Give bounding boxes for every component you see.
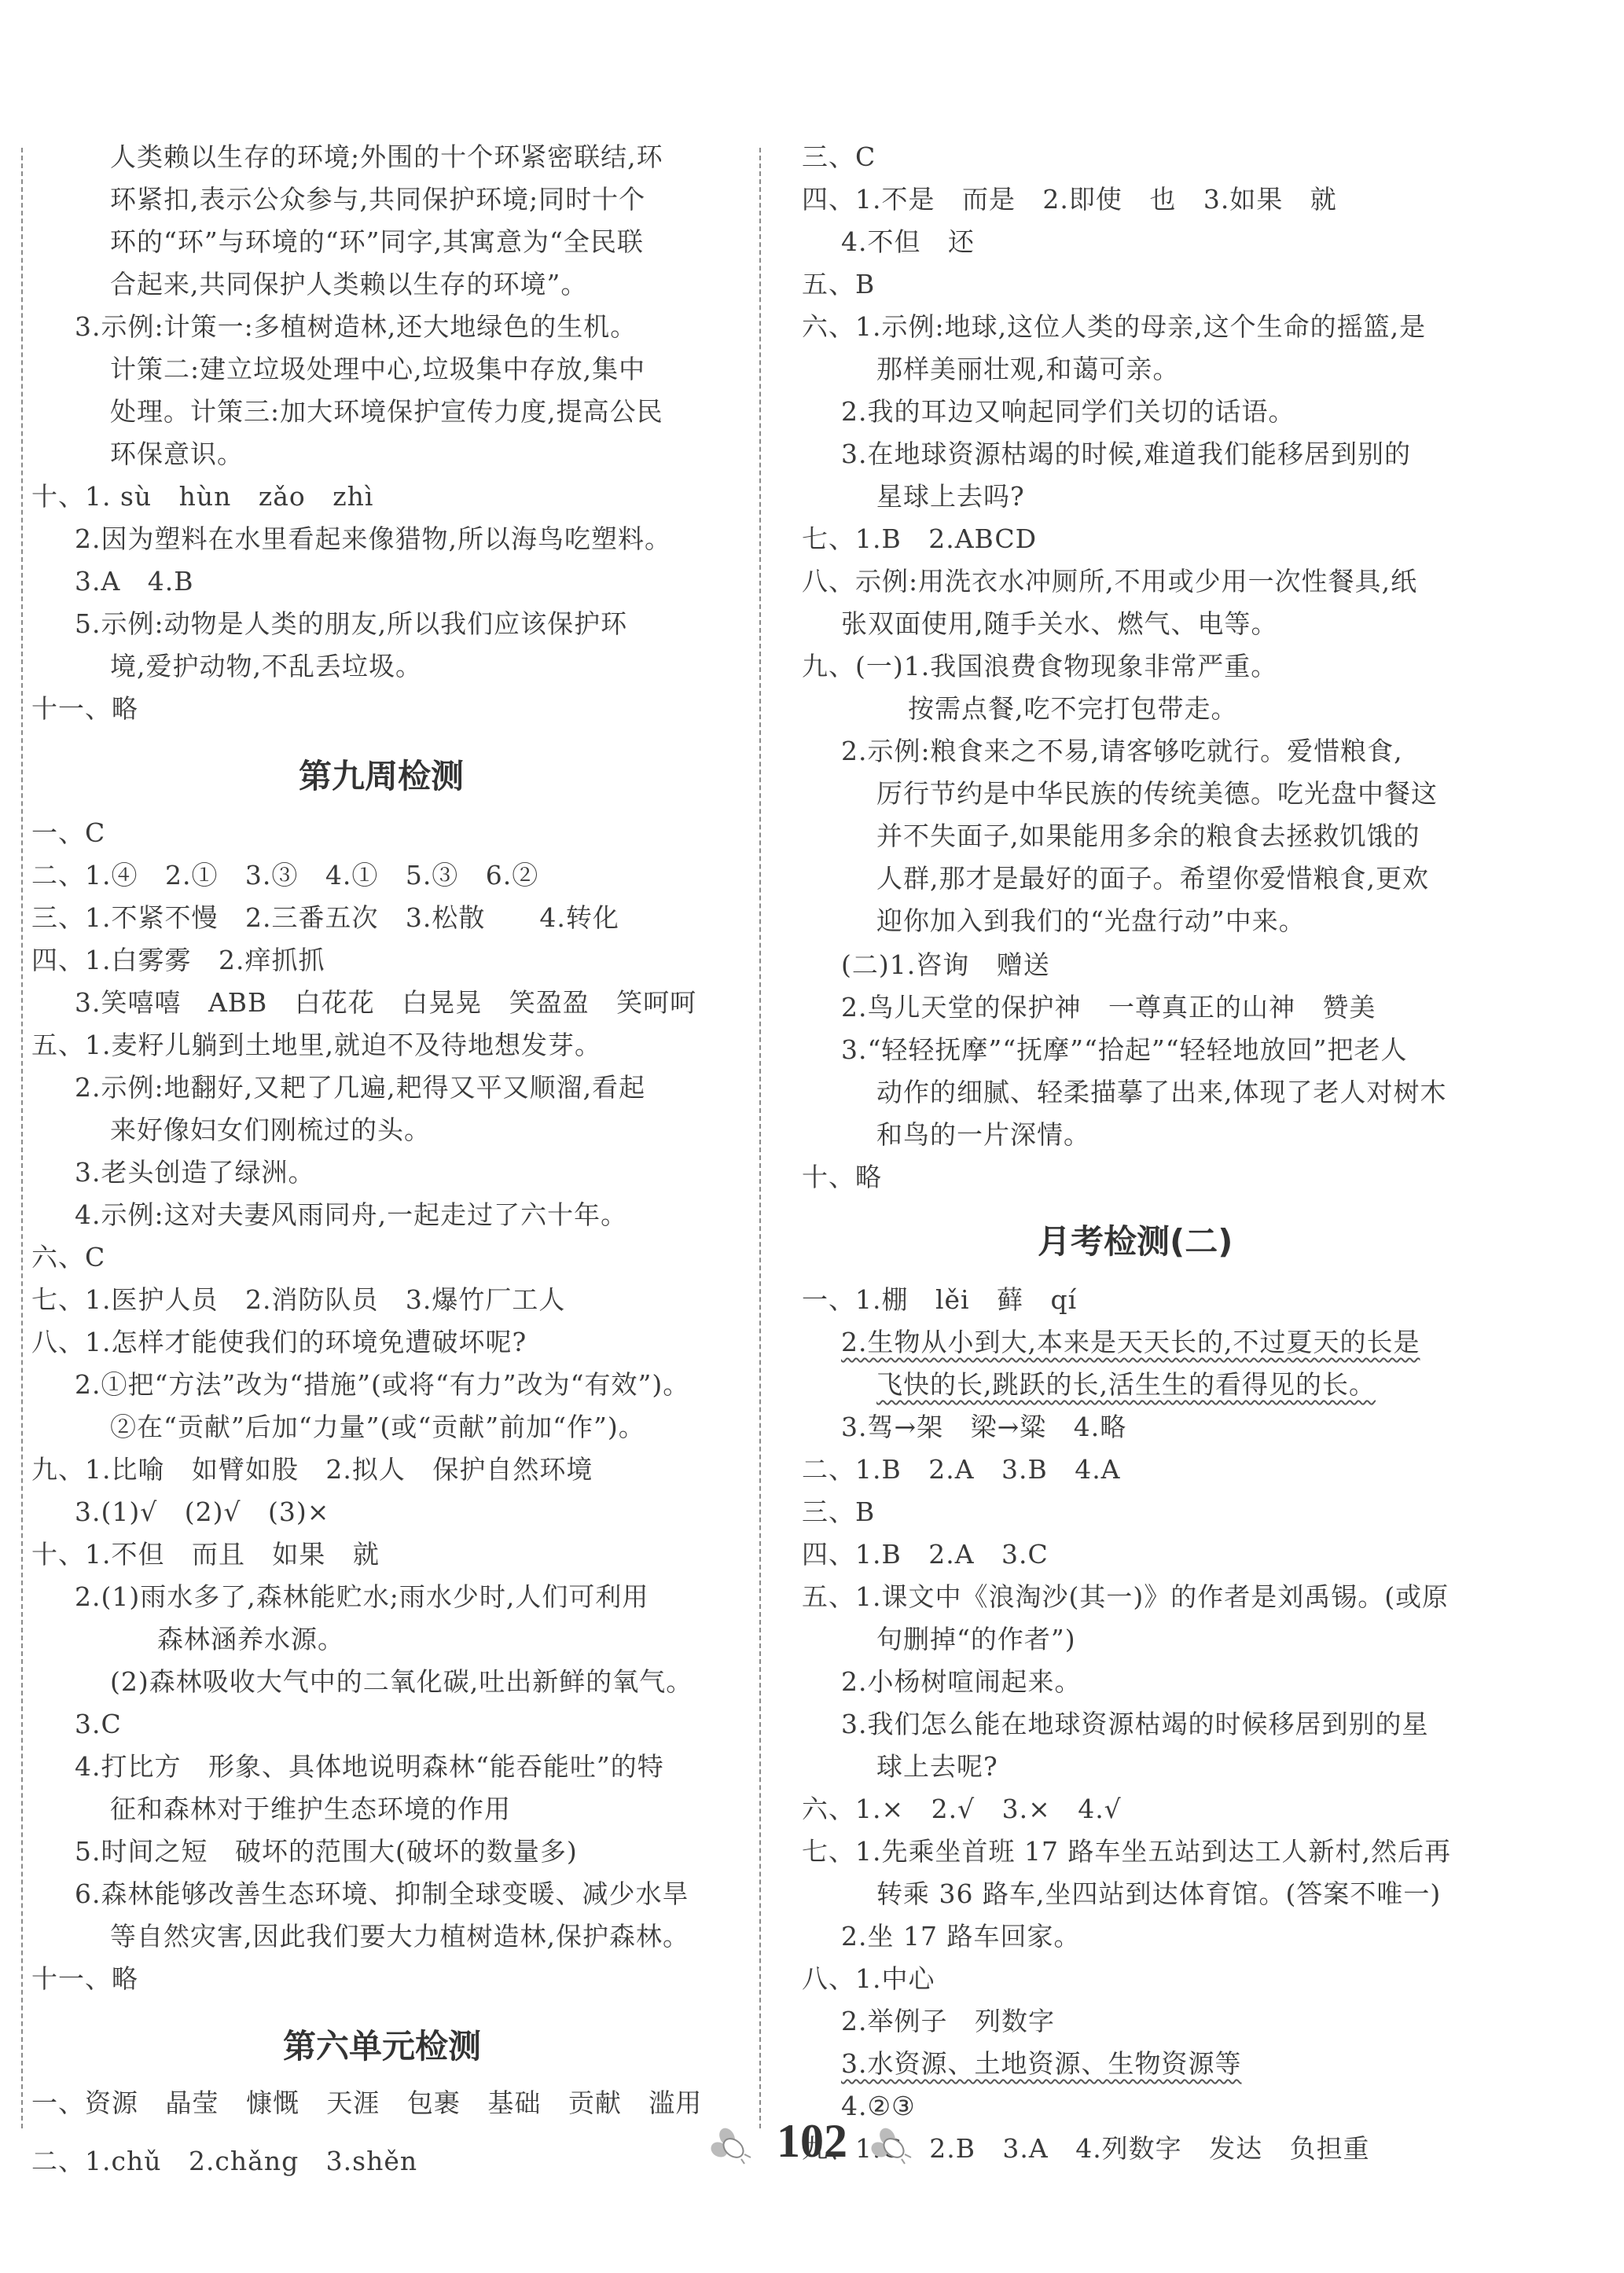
answer-line: (二)1.咨询 赠送: [841, 949, 1050, 981]
answer-line: 厉行节约是中华民族的传统美德。吃光盘中餐这: [876, 778, 1438, 810]
answer-line: 八、1.怎样才能使我们的环境免遭破坏呢?: [31, 1327, 527, 1358]
answer-line: 2.因为塑料在水里看起来像猎物,所以海鸟吃塑料。: [75, 523, 671, 555]
answer-line: 4.示例:这对夫妻风雨同舟,一起走过了六十年。: [75, 1199, 627, 1231]
answer-line: (2)森林吸收大气中的二氧化碳,吐出新鲜的氧气。: [110, 1666, 693, 1698]
answer-line: 2.鸟儿天堂的保护神 一尊真正的山神 赞美: [841, 992, 1376, 1023]
wavy-underlined-answer: 2.生物从小到大,本来是天天长的,不过夏天的长是: [841, 1327, 1420, 1358]
bee-ornament-icon: [870, 2126, 914, 2165]
answer-line: 计策二:建立垃圾处理中心,垃圾集中存放,集中: [110, 354, 645, 385]
answer-line: 2.①把“方法”改为“措施”(或将“有力”改为“有效”)。: [75, 1369, 689, 1401]
answer-line: 转乘 36 路车,坐四站到达体育馆。(答案不唯一): [876, 1878, 1441, 1910]
section-title-unit-six: 第六单元检测: [283, 2028, 481, 2066]
answer-line: 句删掉“的作者”): [876, 1624, 1076, 1655]
answer-line: 八、示例:用洗衣水冲厕所,不用或少用一次性餐具,纸: [802, 566, 1417, 597]
answer-line: 一、C: [31, 817, 105, 849]
answer-line: 3.驾→架 梁→粱 4.略: [841, 1412, 1126, 1443]
answer-line: 八、1.中心: [802, 1963, 935, 1995]
answer-line: 合起来,共同保护人类赖以生存的环境”。: [110, 269, 587, 300]
answer-line: 处理。计策三:加大环境保护宣传力度,提高公民: [110, 396, 663, 428]
answer-line: 一、1.棚 lěi 藓 qí: [802, 1284, 1077, 1316]
answer-line: 3.“轻轻抚摩”“抚摩”“拾起”“轻轻地放回”把老人: [841, 1034, 1407, 1066]
answer-line: 二、1.B 2.A 3.B 4.A: [802, 1454, 1121, 1485]
answer-line: 五、1.麦籽儿躺到土地里,就迫不及待地想发芽。: [31, 1030, 601, 1061]
wavy-underlined-answer: 3.水资源、土地资源、生物资源等: [841, 2048, 1242, 2080]
answer-line: 来好像妇女们刚梳过的头。: [110, 1114, 431, 1146]
answer-line: 二、1.④ 2.① 3.③ 4.① 5.③ 6.②: [31, 860, 538, 891]
answer-line: 3.示例:计策一:多植树造林,还大地绿色的生机。: [75, 311, 637, 343]
left-margin-dashed-line: [21, 148, 23, 2128]
answer-line: 3.笑嘻嘻 ABB 白花花 白晃晃 笑盈盈 笑呵呵: [75, 987, 696, 1019]
answer-line: 球上去呢?: [876, 1751, 998, 1783]
question-ten: 十、1. sù hùn zǎo zhì: [31, 481, 373, 512]
answer-line: 五、1.课文中《浪淘沙(其一)》的作者是刘禹锡。(或原: [802, 1581, 1449, 1613]
answer-line: 3.A 4.B: [75, 566, 194, 597]
answer-line: 四、1.不是 而是 2.即使 也 3.如果 就: [802, 184, 1337, 215]
answer-line: 动作的细腻、轻柔描摹了出来,体现了老人对树木: [876, 1077, 1447, 1108]
answer-line: 四、1.白雾雾 2.痒抓抓: [31, 945, 325, 976]
answer-line: 五、B: [802, 269, 875, 300]
answer-line: 环的“环”与环境的“环”同字,其寓意为“全民联: [110, 226, 644, 258]
answer-line: 森林涵养水源。: [157, 1624, 344, 1655]
answer-line: 六、C: [31, 1242, 105, 1273]
answer-line: 按需点餐,吃不完打包带走。: [908, 693, 1238, 725]
answer-line: 2.小杨树喧闹起来。: [841, 1666, 1082, 1698]
answer-line: 4.不但 还: [841, 226, 975, 258]
answer-line: 3.我们怎么能在地球资源枯竭的时候移居到别的星: [841, 1709, 1429, 1740]
answer-line: ②在“贡献”后加“力量”(或“贡献”前加“作”)。: [110, 1412, 645, 1443]
question-eleven: 十一、略: [31, 693, 138, 725]
answer-line: 境,爱护动物,不乱丢垃圾。: [110, 651, 422, 682]
answer-line: 七、1.B 2.ABCD: [802, 523, 1037, 555]
answer-line: 人类赖以生存的环境;外围的十个环紧密联结,环: [110, 141, 663, 173]
answer-line: 十、略: [802, 1162, 882, 1193]
answer-line: 星球上去吗?: [876, 481, 1025, 512]
column-divider-dashed-line: [759, 148, 761, 2128]
answer-line: 七、1.先乘坐首班 17 路车坐五站到达工人新村,然后再: [802, 1836, 1451, 1867]
answer-line: 3.C: [75, 1709, 122, 1740]
answer-line: 四、1.B 2.A 3.C: [802, 1539, 1049, 1570]
answer-line: 迎你加入到我们的“光盘行动”中来。: [876, 905, 1306, 937]
answer-line: 人群,那才是最好的面子。希望你爱惜粮食,更欢: [876, 863, 1429, 894]
answer-line: 4.打比方 形象、具体地说明森林“能吞能吐”的特: [75, 1751, 664, 1783]
answer-line: 5.时间之短 破坏的范围大(破坏的数量多): [75, 1836, 578, 1867]
answer-line: 2.坐 17 路车回家。: [841, 1921, 1080, 1952]
answer-line: 和鸟的一片深情。: [876, 1119, 1090, 1151]
answer-line: 征和森林对于维护生态环境的作用: [110, 1794, 511, 1825]
answer-line: 张双面使用,随手关水、燃气、电等。: [841, 608, 1278, 640]
section-title-monthly-test-two: 月考检测(二): [1038, 1223, 1233, 1261]
answer-line: 3.在地球资源枯竭的时候,难道我们能移居到别的: [841, 439, 1411, 470]
answer-line: 六、1.示例:地球,这位人类的母亲,这个生命的摇篮,是: [802, 311, 1426, 343]
answer-line: 十一、略: [31, 1963, 138, 1995]
answer-line: 2.举例子 列数字: [841, 2006, 1055, 2037]
answer-line: 3.老头创造了绿洲。: [75, 1157, 315, 1188]
answer-line: 2.(1)雨水多了,森林能贮水;雨水少时,人们可利用: [75, 1581, 648, 1613]
answer-line: 三、1.不紧不慢 2.三番五次 3.松散 4.转化: [31, 902, 619, 934]
bee-ornament-icon: [710, 2126, 754, 2165]
answer-line: 2.示例:粮食来之不易,请客够吃就行。爱惜粮食,: [841, 736, 1403, 767]
page-number: 102: [777, 2115, 847, 2167]
section-title-week-nine: 第九周检测: [299, 758, 464, 795]
answer-line: 十、1.不但 而且 如果 就: [31, 1539, 380, 1570]
answer-line: 那样美丽壮观,和蔼可亲。: [876, 354, 1180, 385]
answer-line: 三、B: [802, 1496, 875, 1528]
answer-line: 环保意识。: [110, 439, 244, 470]
answer-line: 环紧扣,表示公众参与,共同保护环境;同时十个: [110, 184, 645, 215]
page-footer: 102: [0, 2114, 1624, 2168]
answer-line: 2.我的耳边又响起同学们关切的话语。: [841, 396, 1295, 428]
answer-line: 等自然灾害,因此我们要大力植树造林,保护森林。: [110, 1921, 689, 1952]
answer-line: 九、1.比喻 如臂如股 2.拟人 保护自然环境: [31, 1454, 593, 1485]
answer-line: 七、1.医护人员 2.消防队员 3.爆竹厂工人: [31, 1284, 565, 1316]
answer-line: 6.森林能够改善生态环境、抑制全球变暖、减少水旱: [75, 1878, 689, 1910]
answer-line: 5.示例:动物是人类的朋友,所以我们应该保护环: [75, 608, 627, 640]
wavy-underlined-answer: 飞快的长,跳跃的长,活生生的看得见的长。: [876, 1369, 1376, 1401]
answer-line: 九、(一)1.我国浪费食物现象非常严重。: [802, 651, 1277, 682]
answer-line: 六、1.× 2.√ 3.× 4.√: [802, 1794, 1122, 1825]
answer-line: 3.(1)√ (2)√ (3)×: [75, 1496, 329, 1528]
answer-line: 2.示例:地翻好,又耙了几遍,耙得又平又顺溜,看起: [75, 1072, 645, 1103]
answer-line: 并不失面子,如果能用多余的粮食去拯救饥饿的: [876, 821, 1420, 852]
answer-line: 三、C: [802, 141, 876, 173]
